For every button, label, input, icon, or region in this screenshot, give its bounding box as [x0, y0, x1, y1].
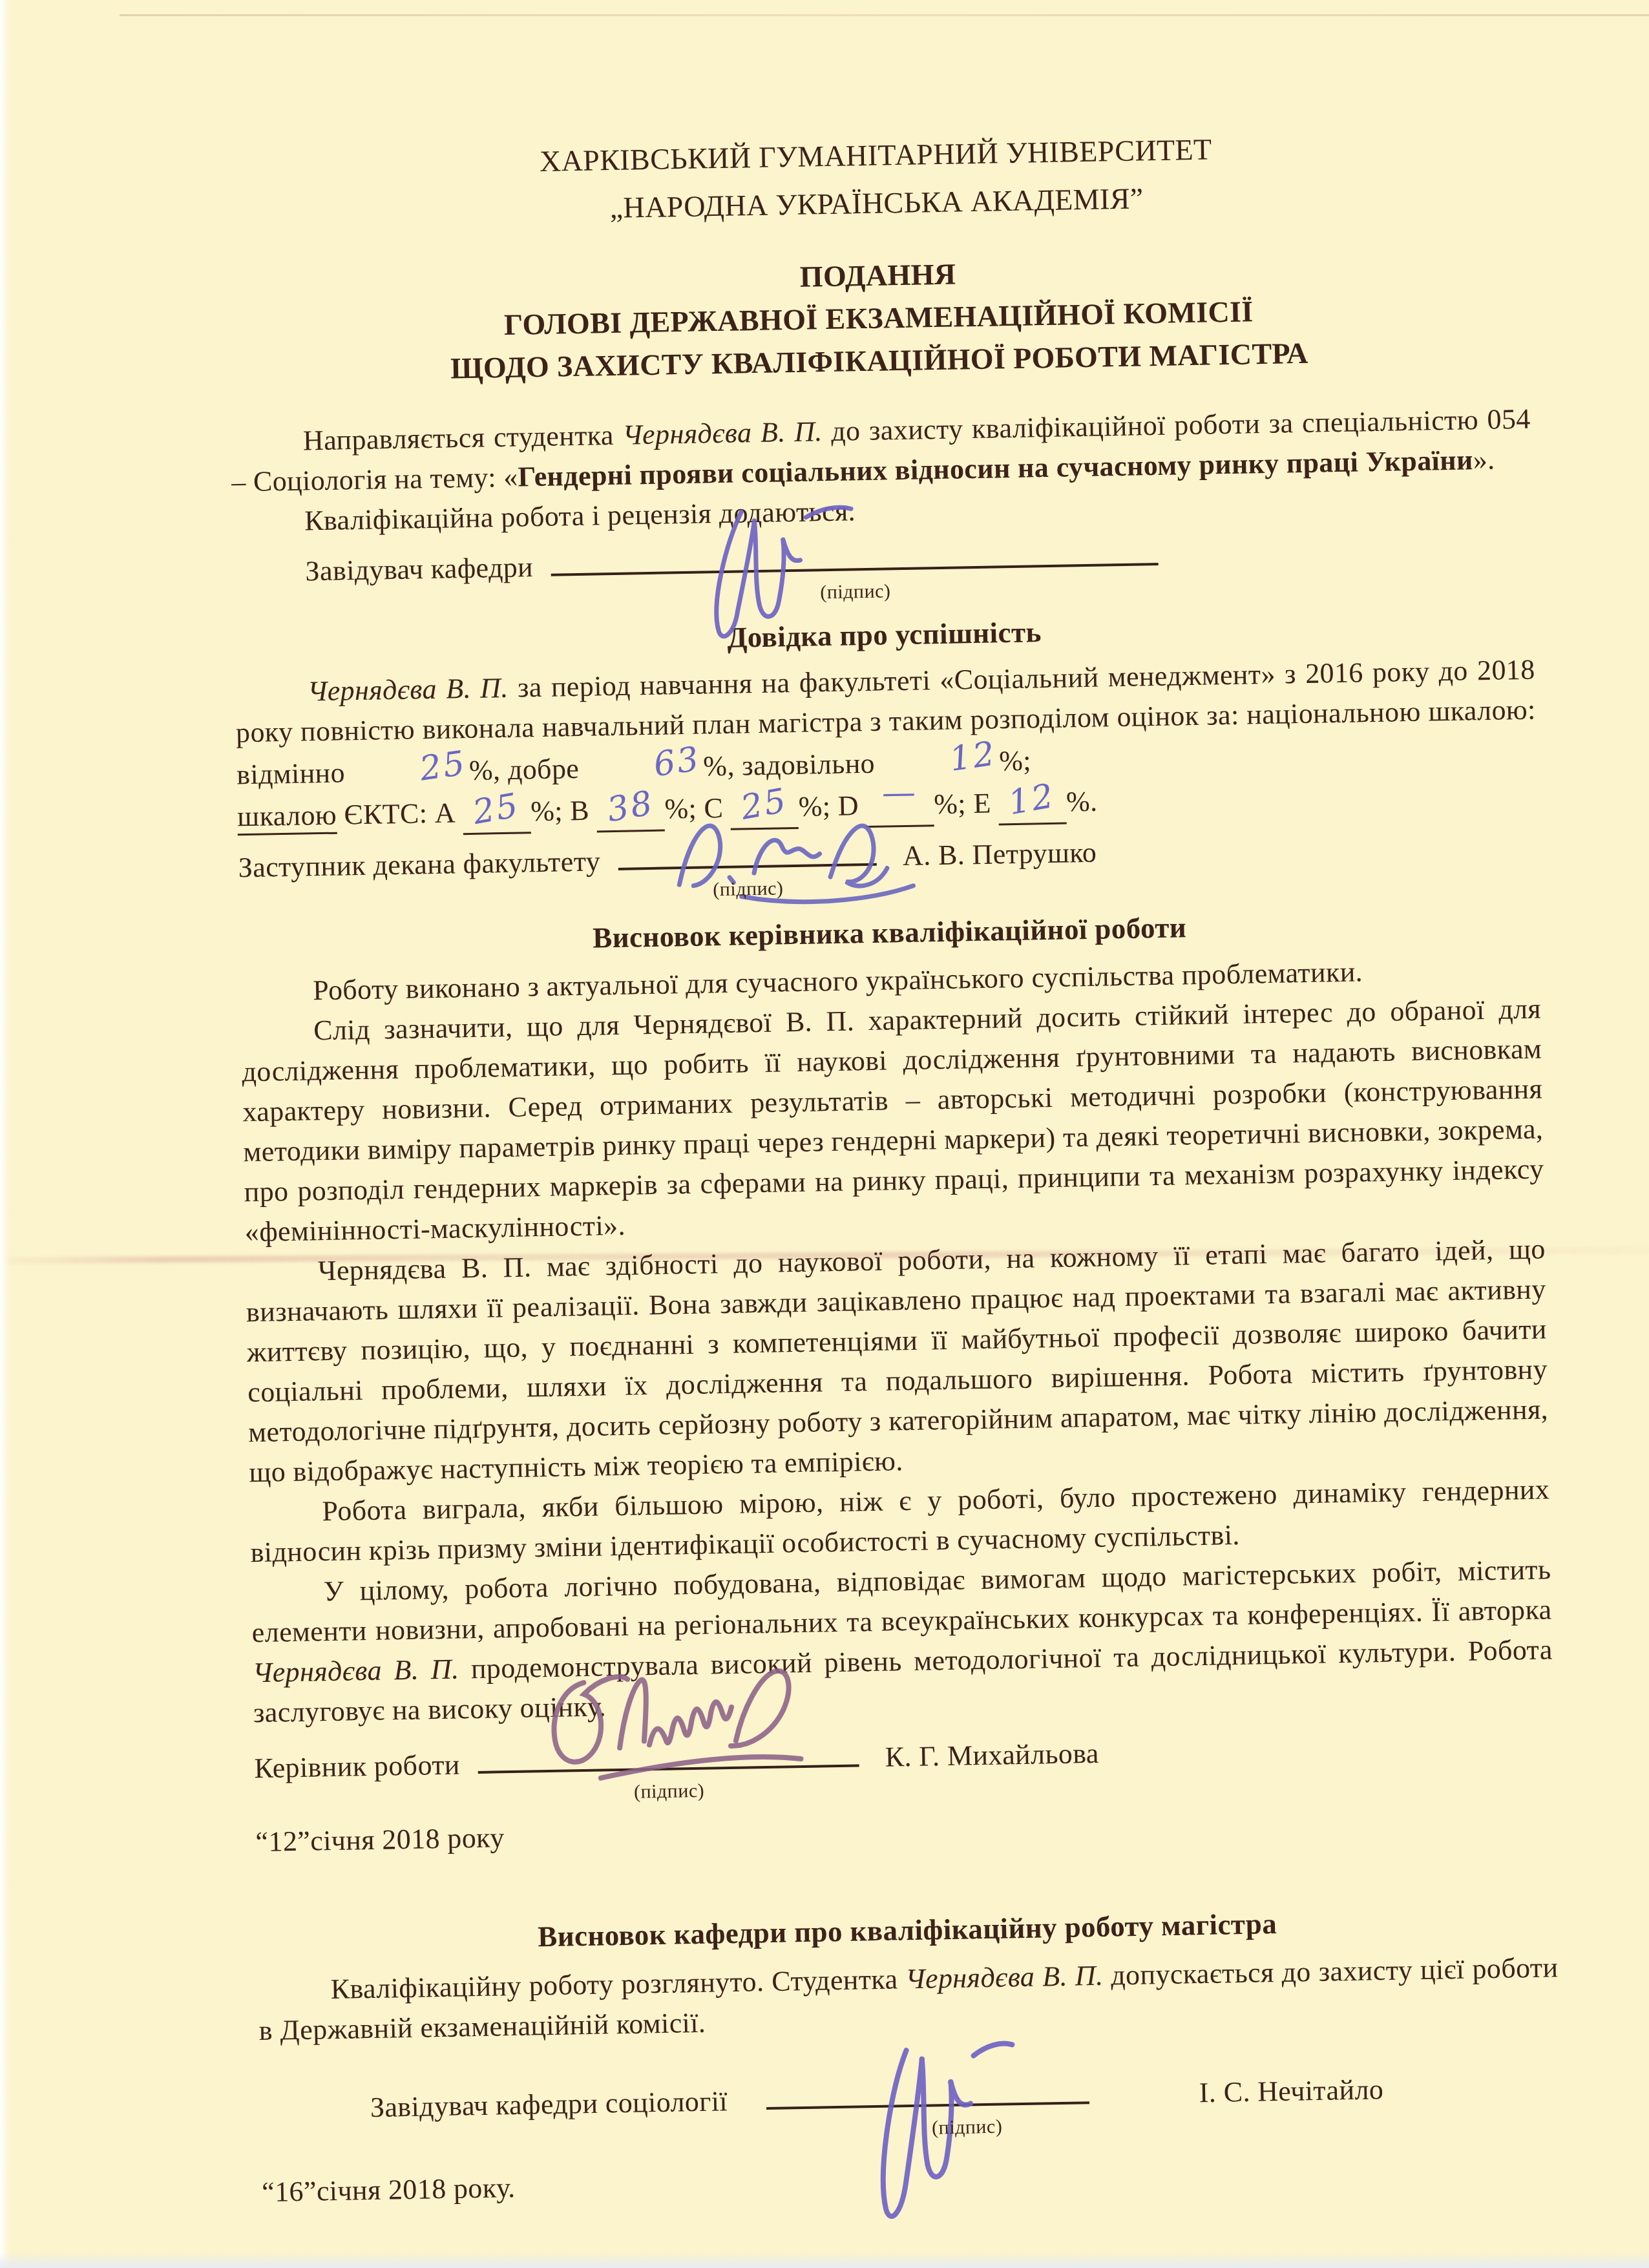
intro-closing: ».: [1473, 444, 1495, 476]
signature-caption: (підпис): [634, 1771, 705, 1812]
ects-word: шкалою: [237, 799, 337, 836]
sociology-head-signature-row: Завідувач кафедри соціології (підпис) І.…: [370, 2066, 1560, 2128]
ects-sep: %; E: [934, 788, 991, 821]
signature-line: (підпис): [478, 1758, 859, 1774]
sociology-head-label: Завідувач кафедри соціології: [370, 2081, 728, 2128]
ects-d-blank: —: [866, 782, 934, 828]
conclusion-paragraph-3: Чернядєва В. П. має здібності до науково…: [245, 1229, 1549, 1493]
intro-text: Направляється студентка: [303, 419, 623, 457]
student-name: Чернядєва В. П.: [253, 1653, 459, 1688]
doc-title: ПОДАННЯ ГОЛОВІ ДЕРЖАВНОЇ ЕКЗАМЕНАЦІЙНОЇ …: [227, 243, 1529, 394]
deputy-dean-label: Заступник декана факультету: [238, 841, 600, 888]
ects-b-blank: 38: [596, 788, 665, 833]
ects-e-blank: 12: [998, 781, 1066, 826]
conclusion-paragraph-5: У цілому, робота логічно побудована, від…: [251, 1549, 1553, 1733]
signature-line: (підпис): [551, 556, 1159, 576]
ects-a-blank: 25: [463, 790, 531, 835]
supervisor-signature-row: Керівник роботи (підпис) К. Г. Михайльов…: [254, 1725, 1555, 1789]
department-date: “16”січня 2018 року.: [262, 2149, 1562, 2212]
ects-a-value: 25: [468, 785, 526, 834]
dept-head-label: Завідувач кафедри: [305, 547, 534, 591]
transcript-text-4: %;: [999, 744, 1032, 777]
student-name: Чернядєва В. П.: [622, 415, 823, 450]
department-paragraph: Кваліфікаційну роботу розглянуто. Студен…: [258, 1948, 1559, 2051]
supervisor-label: Керівник роботи: [254, 1745, 460, 1789]
transcript-text-2: %, добре: [469, 753, 580, 786]
deputy-dean-name: А. В. Петрушко: [902, 833, 1097, 876]
scanned-document-page: ХАРКІВСЬКИЙ ГУМАНІТАРНИЙ УНІВЕРСИТЕТ „НА…: [0, 0, 1649, 2268]
student-name: Чернядєва В. П.: [905, 1960, 1104, 1995]
ects-sep: %; D: [798, 790, 859, 823]
department-text: Кваліфікаційну роботу розглянуто. Студен…: [330, 1963, 906, 2005]
ects-e-value: 12: [1003, 775, 1061, 824]
student-name: Чернядєва В. П.: [307, 672, 509, 708]
signature-caption: (підпис): [820, 571, 891, 613]
dept-head-signature-row: Завідувач кафедри (підпис): [305, 530, 1533, 592]
ects-c-blank: 25: [730, 785, 799, 830]
signature-line: (підпис): [618, 857, 877, 870]
transcript-text-3: %, задовільно: [703, 748, 876, 782]
ects-sep: %; B: [530, 795, 590, 828]
signature-line: (підпис): [766, 2095, 1089, 2110]
ects-sep: %; C: [664, 792, 724, 825]
ects-end: %.: [1066, 786, 1098, 818]
sociology-head-name: І. С. Нечітайло: [1199, 2070, 1383, 2113]
scan-edge-artifact-bottom: [0, 2252, 1649, 2268]
supervisor-date: “12”січня 2018 року: [255, 1799, 1556, 1862]
ects-c-value: 25: [735, 780, 793, 828]
supervisor-name: К. Г. Михайльова: [885, 1734, 1099, 1778]
signature-caption: (підпис): [932, 2107, 1003, 2148]
document-content: ХАРКІВСЬКИЙ ГУМАНІТАРНИЙ УНІВЕРСИТЕТ „НА…: [0, 0, 1649, 2216]
ects-b-value: 38: [602, 782, 660, 831]
ects-label: ЄКТС: A: [337, 797, 456, 830]
scan-edge-artifact-left: [0, 0, 10, 2268]
ects-d-value: —: [879, 773, 920, 814]
conclusion-paragraph-2: Слід зазначити, що для Чернядєвої В. П. …: [241, 989, 1545, 1253]
signature-caption: (підпис): [713, 868, 784, 910]
